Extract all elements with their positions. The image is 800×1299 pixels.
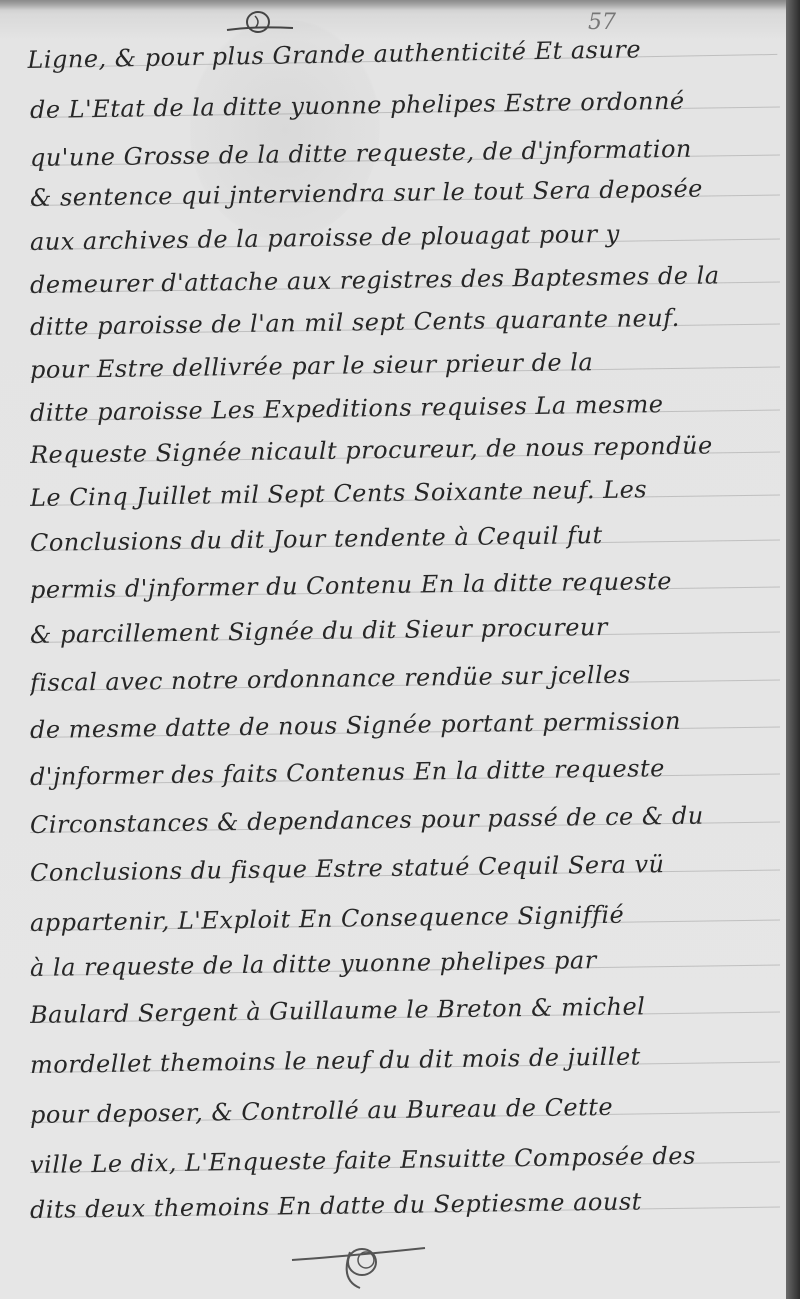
text-line-10: Requeste Signée nicault procureur, de no… <box>30 430 780 470</box>
folio-number: 57 <box>588 10 616 35</box>
text-line-4: & sentence qui jnterviendra sur le tout … <box>30 173 780 213</box>
text-line-1: Ligne, & pour plus Grande authenticité E… <box>27 32 777 75</box>
text-line-19: Conclusions du fisque Estre statué Cequi… <box>30 848 780 888</box>
text-line-18: Circonstances & dependances pour passé d… <box>30 800 780 840</box>
text-line-3: qu'une Grosse de la ditte requeste, de d… <box>30 133 780 173</box>
text-line-17: d'jnformer des faits Contenus En la ditt… <box>30 752 780 792</box>
text-line-21: à la requeste de la ditte yuonne phelipe… <box>30 943 780 983</box>
text-line-14: & parcillement Signée du dit Sieur procu… <box>30 610 780 650</box>
page-flourish-bottom-icon <box>290 1240 430 1299</box>
manuscript-page: 57 Ligne, & pour plus Grande authenticit… <box>0 0 786 1299</box>
text-line-9: ditte paroisse Les Expeditions requises … <box>30 388 780 428</box>
text-line-6: demeurer d'attache aux registres des Bap… <box>30 260 780 300</box>
text-line-7: ditte paroisse de l'an mil sept Cents qu… <box>30 302 780 342</box>
text-line-25: ville Le dix, L'Enqueste faite Ensuitte … <box>30 1140 780 1180</box>
text-line-5: aux archives de la paroisse de plouagat … <box>30 217 780 257</box>
text-line-20: appartenir, L'Exploit En Consequence Sig… <box>30 898 780 938</box>
text-line-13: permis d'jnformer du Contenu En la ditte… <box>30 565 780 605</box>
text-line-16: de mesme datte de nous Signée portant pe… <box>30 705 780 745</box>
page-flourish-top-icon <box>225 8 295 38</box>
page-top-shadow <box>0 0 786 10</box>
text-line-26: dits deux themoins En datte du Septiesme… <box>30 1185 780 1225</box>
text-line-22: Baulard Sergent à Guillaume le Breton & … <box>30 990 780 1030</box>
text-line-2: de L'Etat de la ditte yuonne phelipes Es… <box>30 85 780 125</box>
text-line-15: fiscal avec notre ordonnance rendüe sur … <box>30 658 780 698</box>
text-line-23: mordellet themoins le neuf du dit mois d… <box>30 1040 780 1080</box>
text-line-12: Conclusions du dit Jour tendente à Cequi… <box>30 518 780 558</box>
text-line-24: pour deposer, & Controllé au Bureau de C… <box>30 1090 780 1130</box>
text-line-8: pour Estre dellivrée par le sieur prieur… <box>30 345 780 385</box>
page-binding-edge <box>786 0 800 1299</box>
text-line-11: Le Cinq Juillet mil Sept Cents Soixante … <box>30 473 780 513</box>
